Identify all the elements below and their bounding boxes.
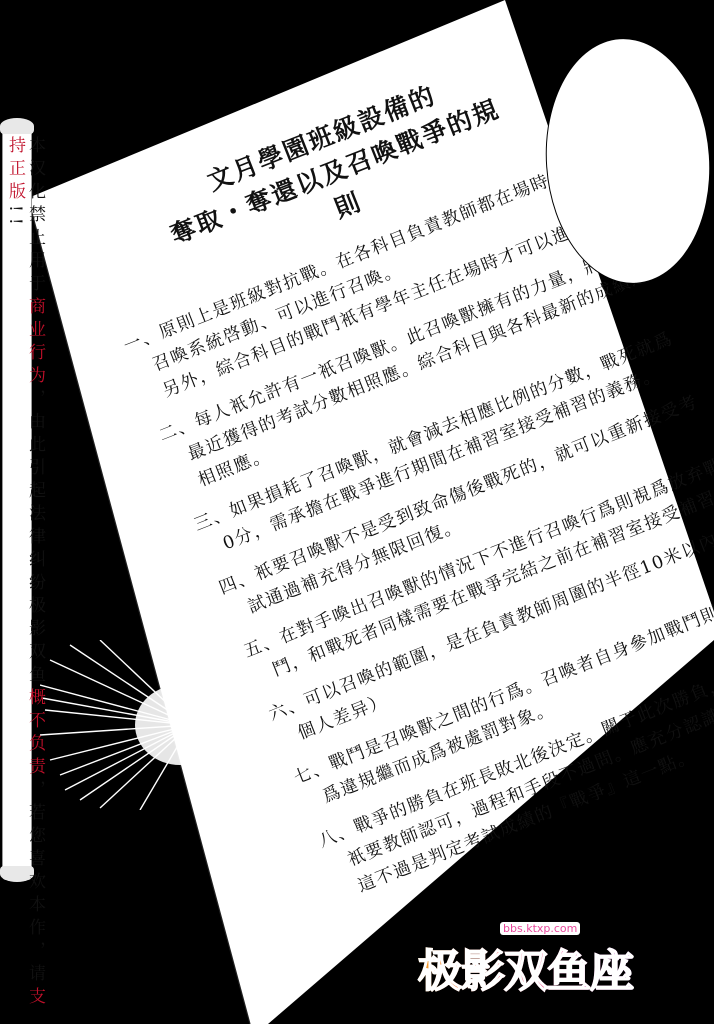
disclaimer-segment: ，由此引起法律纠纷极影双鱼 <box>25 389 45 688</box>
disclaimer-segment: !! <box>5 205 25 231</box>
disclaimer-highlight: 概不负责 <box>25 688 45 780</box>
speech-bubble-text: 那從上往下 開始說明—— <box>584 70 714 238</box>
disclaimer-segment: 本汉化禁止用于 <box>25 136 45 297</box>
impact-burst-effect <box>40 640 240 810</box>
banner-top-ornament-icon <box>0 118 34 134</box>
disclaimer-text: 本汉化禁止用于商业行为，由此引起法律纠纷极影双鱼概不负责，若您喜欢本作，请支持正… <box>5 136 45 1024</box>
watermark-logo: 极影双鱼座 <box>418 935 633 999</box>
disclaimer-segment: ，若您喜欢本作，请 <box>25 780 45 987</box>
disclaimer-highlight: 商业行为 <box>25 297 45 389</box>
watermark-url: bbs.ktxp.com <box>500 922 580 935</box>
